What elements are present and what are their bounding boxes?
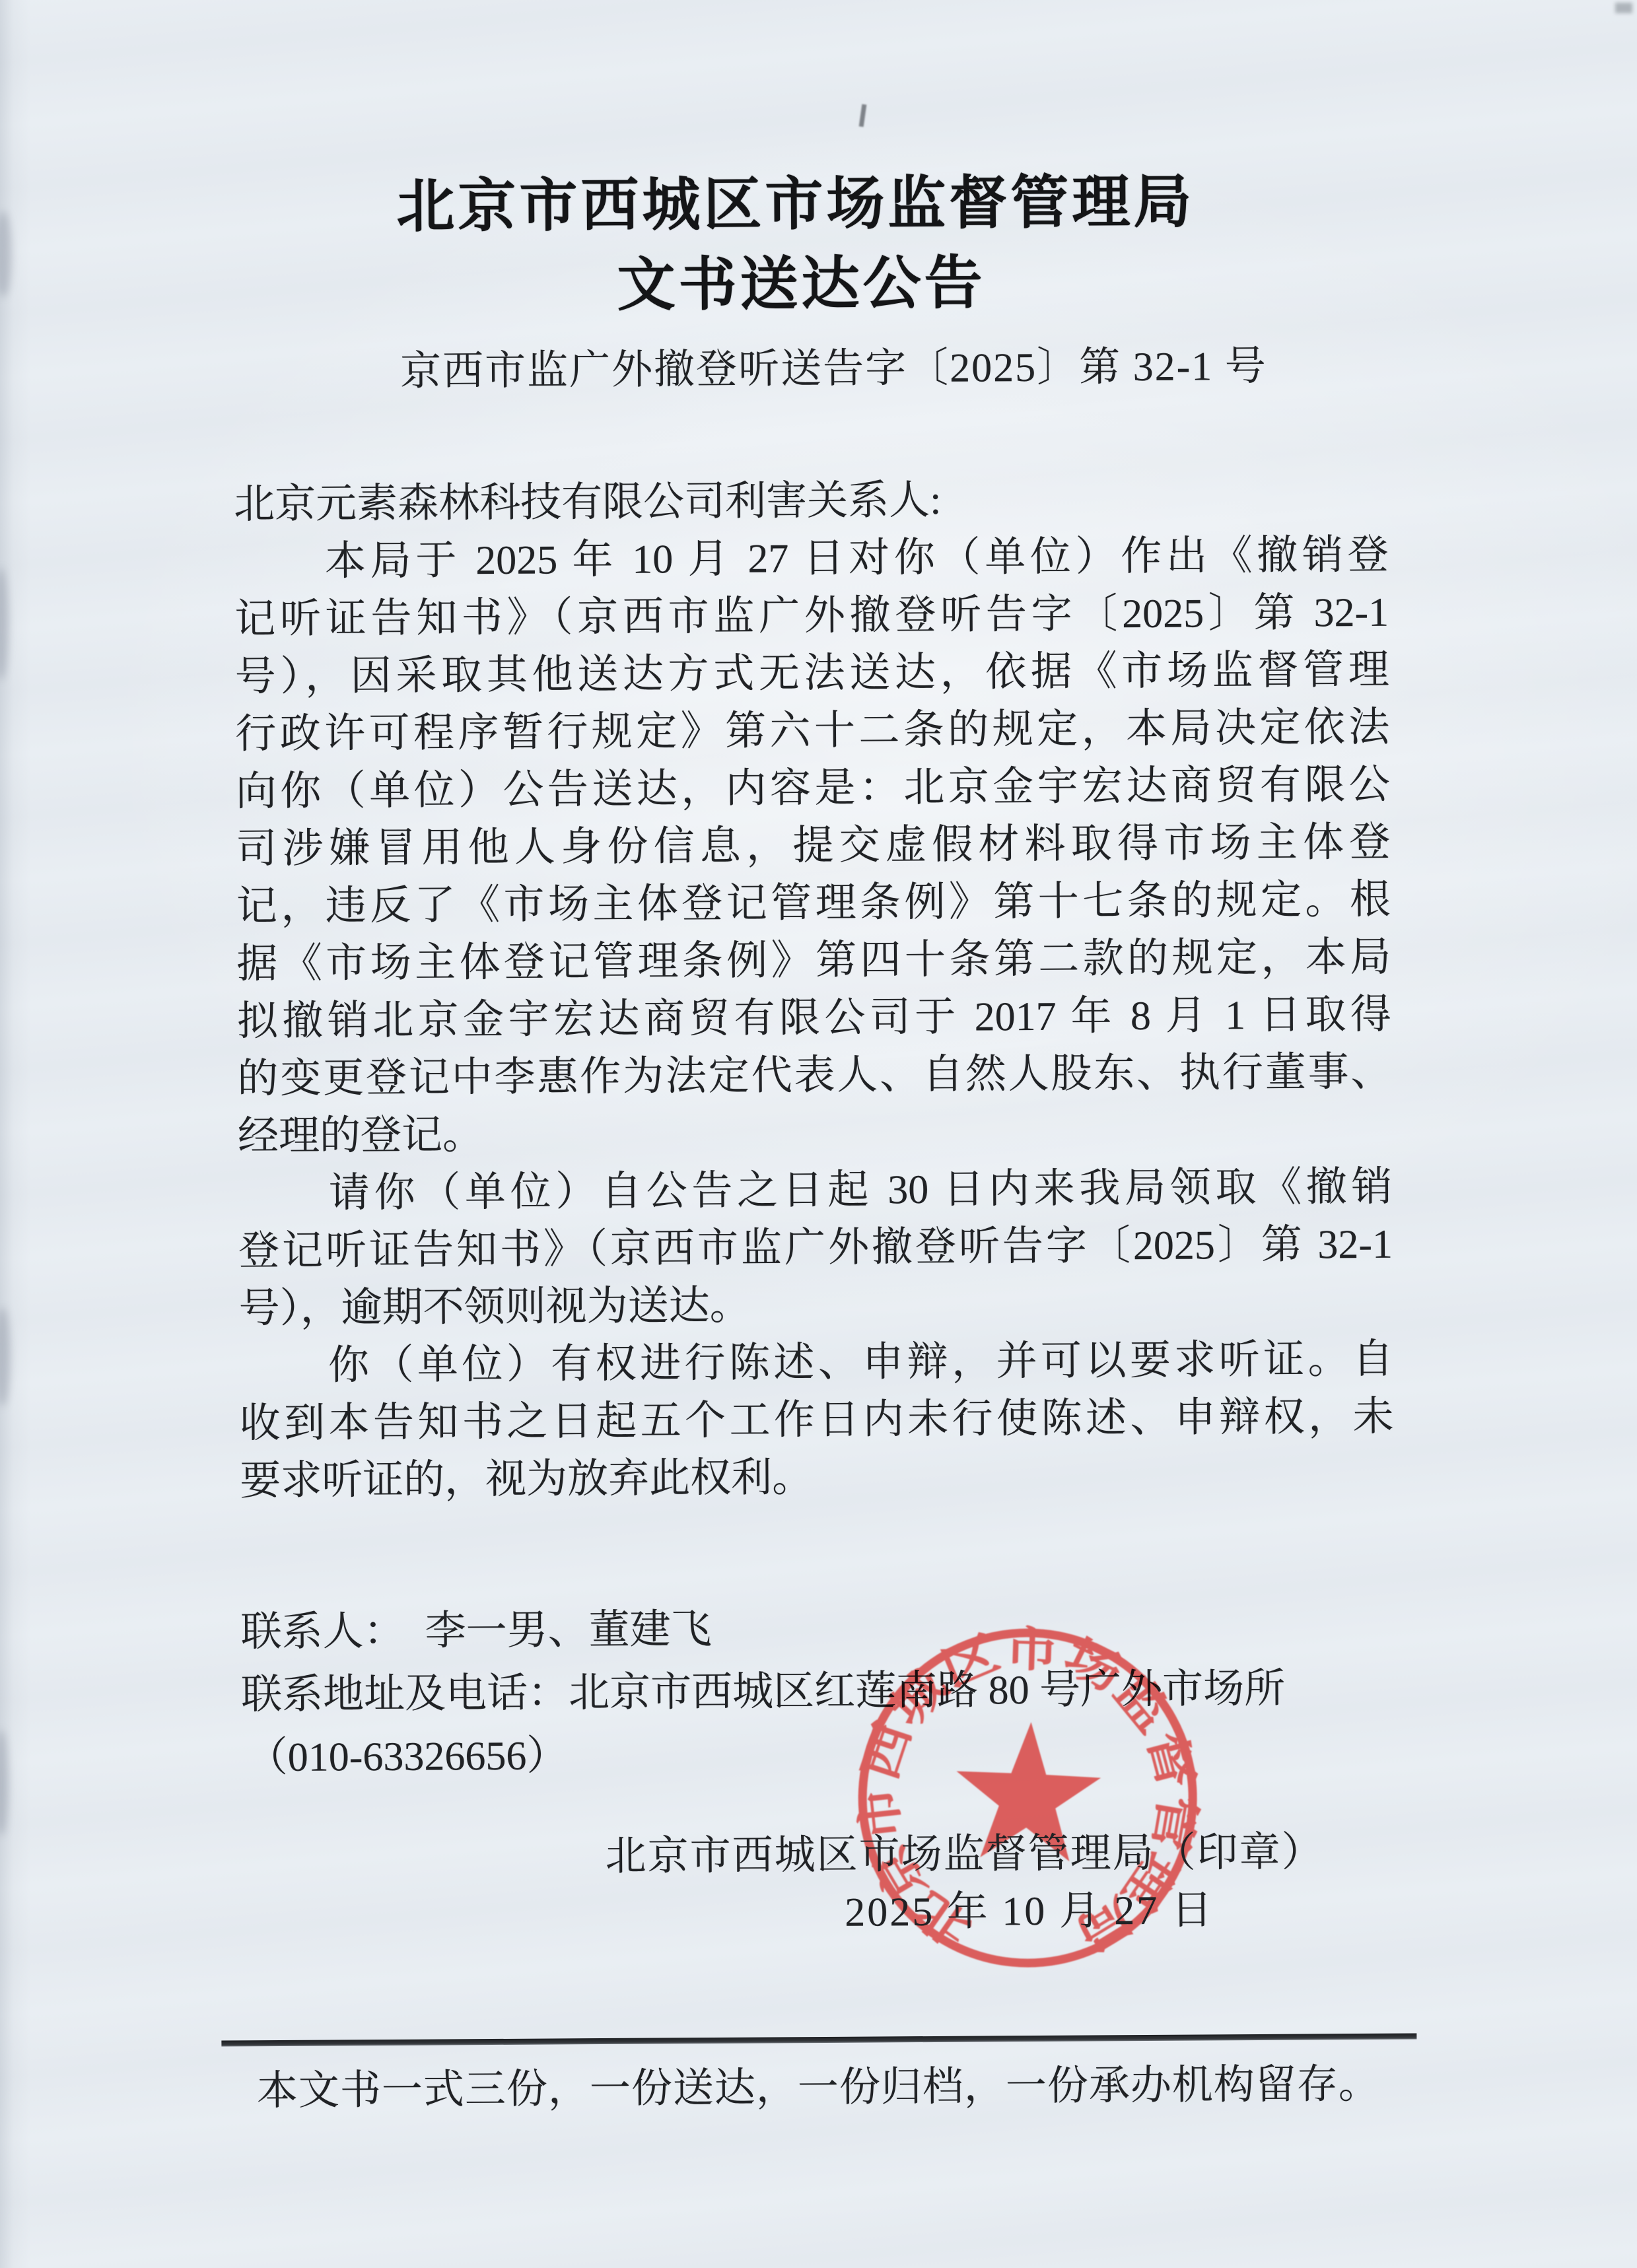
body-line: 号），逾期不领则视为送达。 [238, 1274, 1393, 1338]
body-line: 拟撤销北京金宇宏达商贸有限公司于 2017 年 8 月 1 日取得 [237, 986, 1391, 1051]
body-line: 据《市场主体登记管理条例》第四十条第二款的规定，本局 [236, 929, 1391, 994]
body-line: 司涉嫌冒用他人身份信息，提交虚假材料取得市场主体登 [236, 814, 1390, 879]
body-line: 记听证告知书》（京西市监广外撤登听告字〔2025〕第 32-1 [234, 584, 1389, 649]
footer-note: 本文书一式三份，一份送达，一份归档，一份承办机构留存。 [257, 2058, 1380, 2117]
body-line: 记，违反了《市场主体登记管理条例》第十七条的规定。根 [236, 872, 1391, 936]
page-title: 北京市西城区市场监督管理局 [0, 167, 1615, 244]
contact-person-line: 联系人： 李一男、董建飞 [240, 1605, 711, 1657]
official-seal-stamp: 北京市西城区市场监督管理局 [821, 1591, 1235, 2005]
body-line: 你（单位）有权进行陈述、申辩，并可以要求听证。自 [239, 1331, 1393, 1396]
body-line: 行政许可程序暂行规定》第六十二条的规定，本局决定依法 [235, 699, 1389, 764]
issuer-signature-line: 北京市西城区市场监督管理局（印章） [605, 1826, 1323, 1883]
body-line: 本局于 2025 年 10 月 27 日对你（单位）作出《撤销登 [234, 527, 1388, 592]
body-text: 北京元素森林科技有限公司利害关系人: 本局于 2025 年 10 月 27 日对… [234, 469, 1395, 1511]
document-content: 北京市西城区市场监督管理局 文书送达公告 京西市监广外撤登听送告字〔2025〕第… [0, 0, 1637, 2268]
body-line: 登记听证告知书》（京西市监广外撤登听告字〔2025〕第 32-1 [238, 1216, 1393, 1281]
contact-phone-line: （010-63326656） [247, 1731, 568, 1783]
body-line: 的变更登记中李惠作为法定代表人、自然人股东、执行董事、 [237, 1044, 1391, 1109]
document-page: 北京市西城区市场监督管理局 文书送达公告 京西市监广外撤登听送告字〔2025〕第… [0, 0, 1637, 2268]
body-line: 经理的登记。 [238, 1101, 1392, 1166]
body-line: 收到本告知书之日起五个工作日内未行使陈述、申辩权，未 [239, 1389, 1393, 1453]
footer-divider [221, 2033, 1416, 2046]
body-line: 请你（单位）自公告之日起 30 日内来我局领取《撤销 [238, 1159, 1392, 1223]
body-line: 号），因采取其他送达方式无法送达，依据《市场监督管理 [234, 642, 1389, 706]
document-number: 京西市监广外撤登听送告字〔2025〕第 32-1 号 [15, 330, 1637, 399]
body-line: 向你（单位）公告送达，内容是：北京金宇宏达商贸有限公 [236, 757, 1390, 821]
issue-date: 2025 年 10 月 27 日 [845, 1884, 1214, 1939]
body-line: 北京元素森林科技有限公司利害关系人: [234, 469, 1388, 534]
body-line: 要求听证的，视为放弃此权利。 [240, 1446, 1394, 1511]
page-subtitle: 文书送达公告 [0, 247, 1620, 324]
